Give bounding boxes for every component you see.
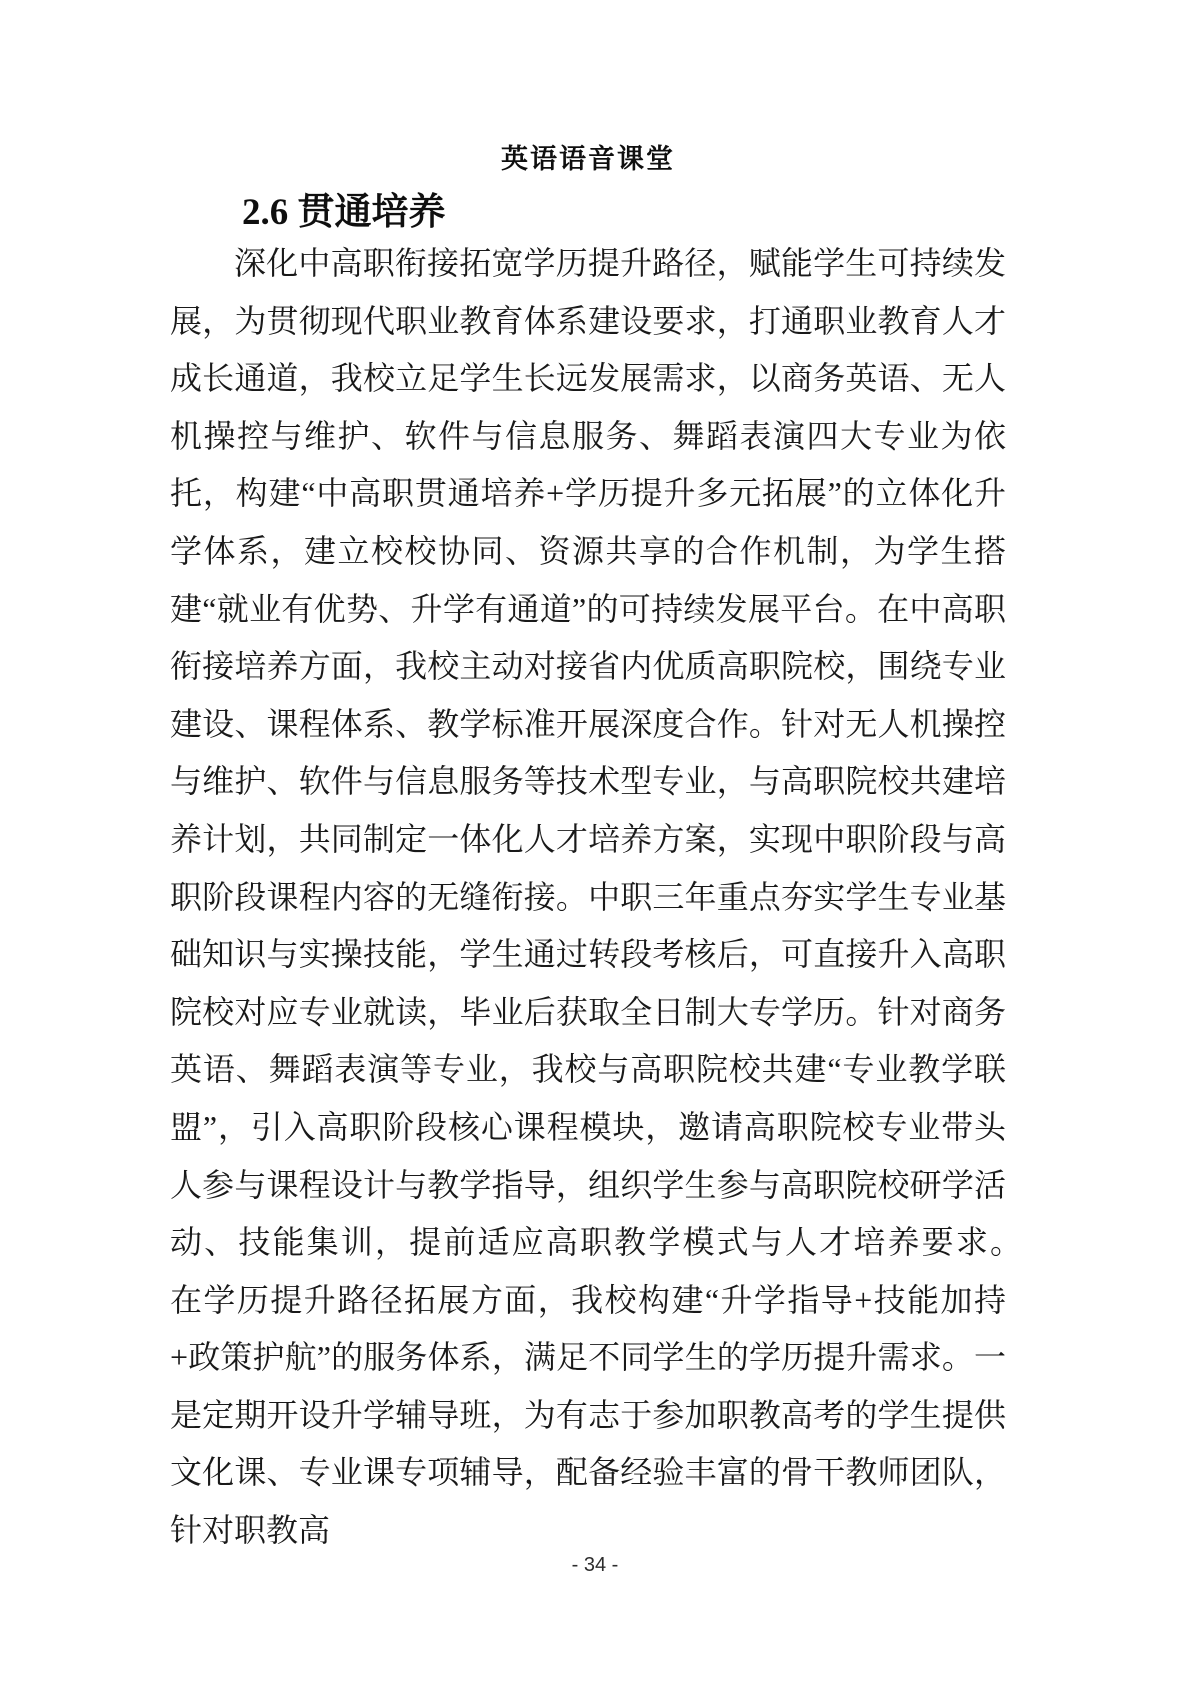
header-caption: 英语语音课堂: [170, 143, 1006, 175]
section-heading: 2.6 贯通培养: [170, 191, 1006, 235]
page-number: - 34 -: [0, 1553, 1190, 1577]
document-page: 英语语音课堂 2.6 贯通培养 深化中高职衔接拓宽学历提升路径，赋能学生可持续发…: [0, 0, 1190, 1683]
body-paragraph: 深化中高职衔接拓宽学历提升路径，赋能学生可持续发展，为贯彻现代职业教育体系建设要…: [170, 235, 1006, 1560]
content-column: 英语语音课堂 2.6 贯通培养 深化中高职衔接拓宽学历提升路径，赋能学生可持续发…: [170, 143, 1006, 1592]
